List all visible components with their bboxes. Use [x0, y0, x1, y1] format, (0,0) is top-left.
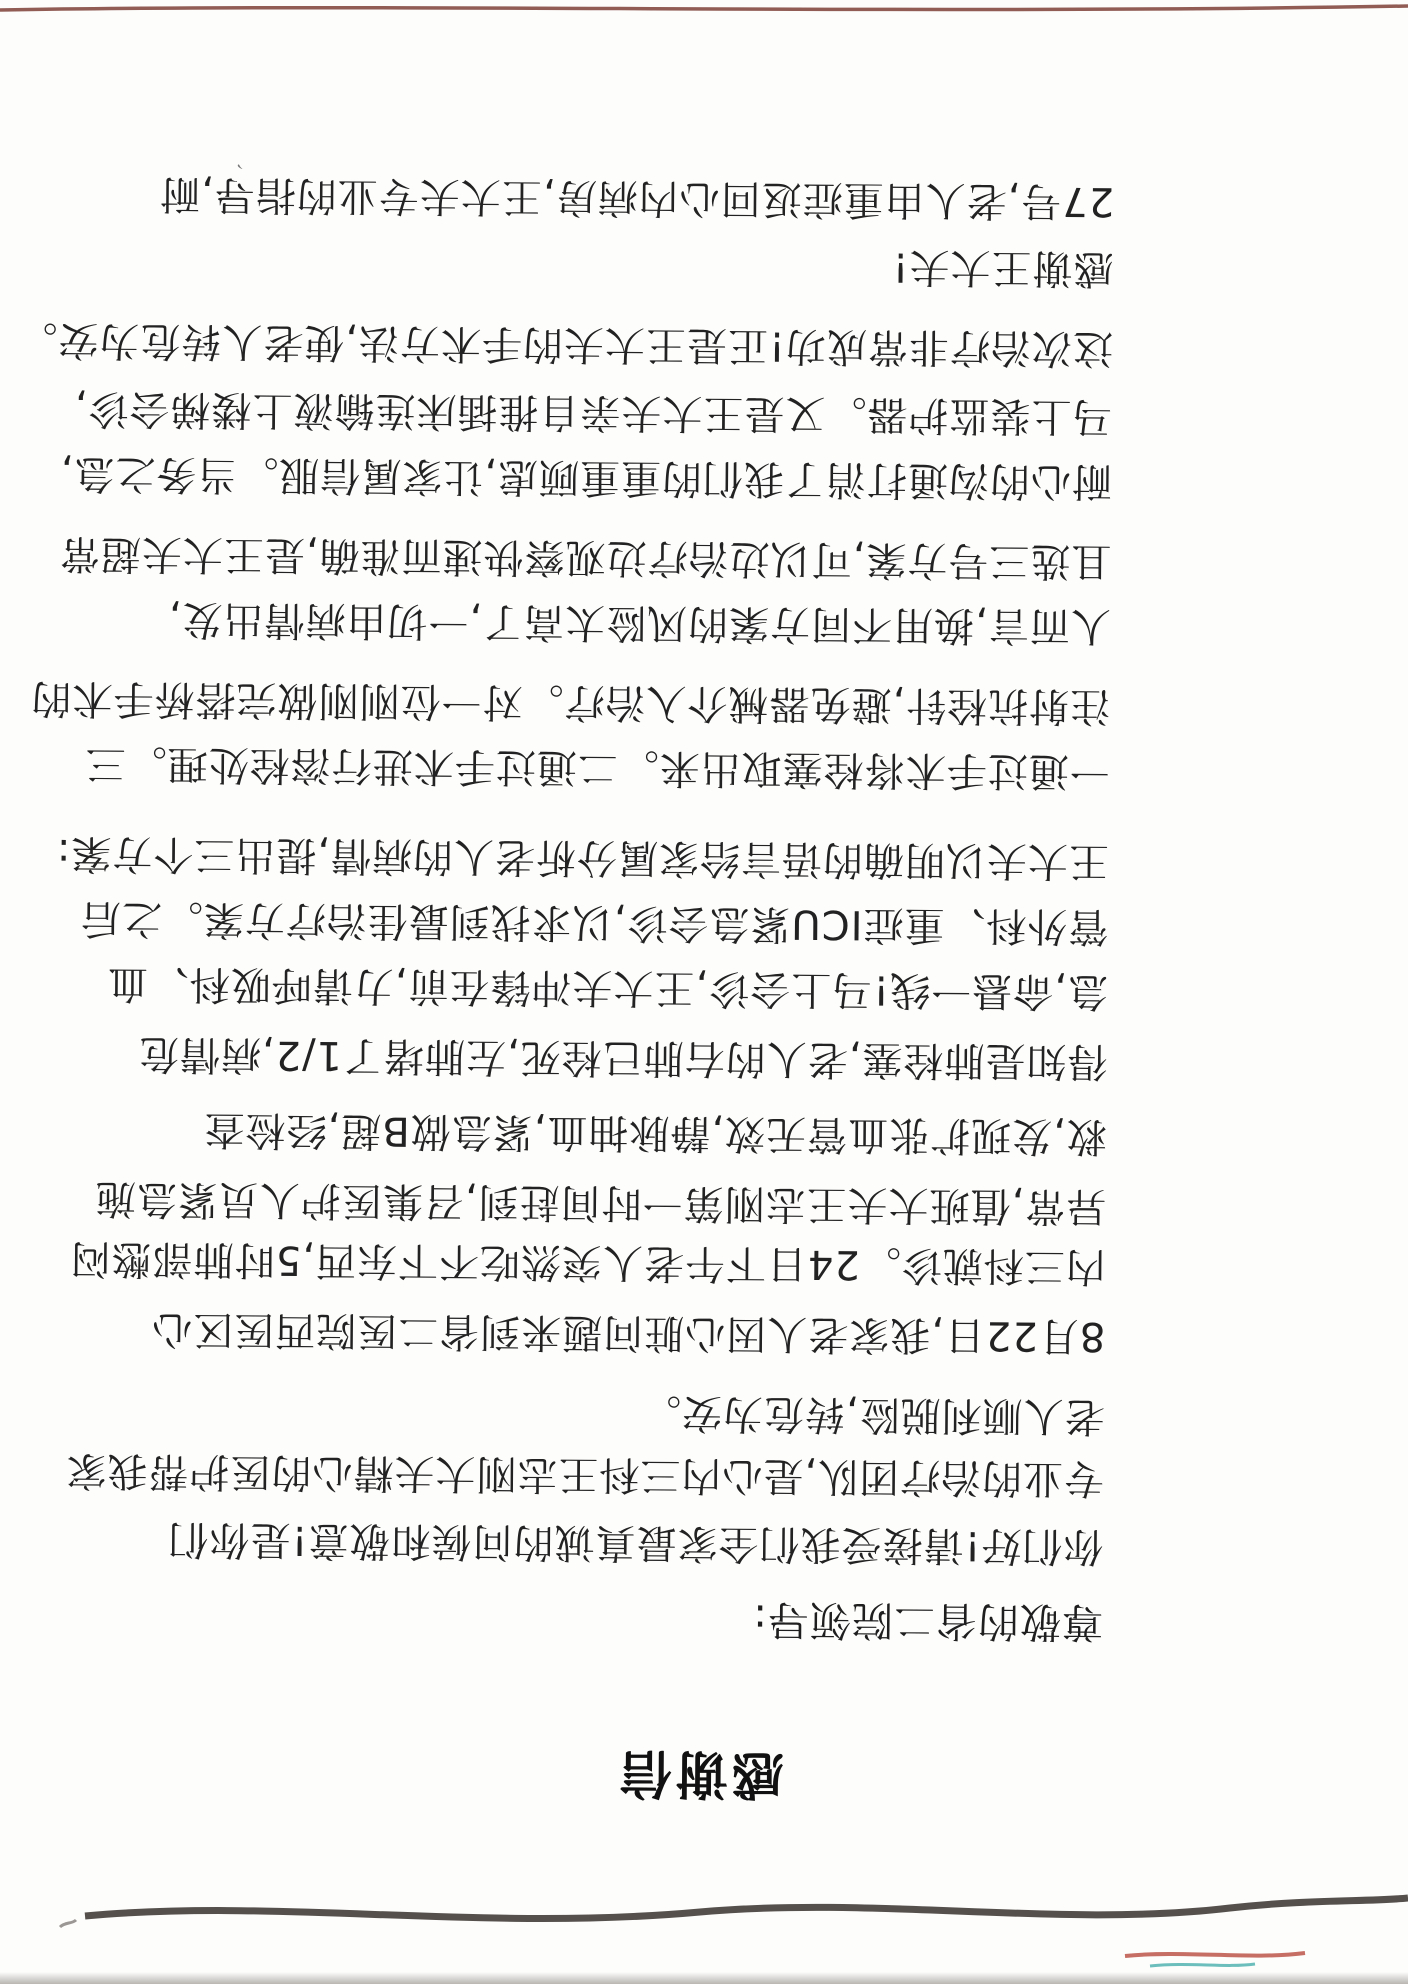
letter-line: 马上装监护器。又是王大夫亲自推插床连输液上楼梯会诊, — [127, 383, 1112, 448]
letter-line: 这次治疗非常成功!正是王大夫的手术方法,使老人转危为安。 — [128, 315, 1113, 380]
letter-sheet-rotated: 感谢信 尊敬的省二院领导: 你们好!请接受我们全家最真诚的问候和敬意!是你们专业… — [0, 0, 1408, 1984]
letter-line: 得知是肺栓塞,老人的右肺已栓死,左肺堵了1/2,病情危 — [122, 1028, 1107, 1093]
letter-line: 急,命悬一线!马上会诊,王大夫冲锋在前,力请呼吸科、血 — [123, 958, 1108, 1023]
letter-line: 一通过手术将栓塞取出来。二通过手术进行溶栓处理。三 — [125, 738, 1110, 803]
scanned-letter-page: 感谢信 尊敬的省二院领导: 你们好!请接受我们全家最真诚的问候和敬意!是你们专业… — [0, 0, 1408, 1984]
letter-line: 内三科就诊。24日下午老人突然吃不下东西,5时肺部憋闷 — [121, 1233, 1106, 1298]
letter-body: 你们好!请接受我们全家最真诚的问候和敬意!是你们专业的治疗团队,是心内三科王志刚… — [0, 1978, 1400, 1984]
letter-line: 老人顺利脱险,转危为安。 — [640, 1388, 1105, 1449]
letter-line: 27号,老人由重症返回心内病房,王大夫专业的指导,耐 — [129, 168, 1114, 233]
letter-salutation: 尊敬的省二院领导: — [752, 1593, 1103, 1655]
letter-line: 耐心的沟通打消了我们的重重顾虑,让家属信服。当务之急, — [127, 448, 1112, 513]
letter-line: 且选三号方案,可以边治疗边观察快速而准确,是王大夫超常 — [126, 528, 1111, 593]
letter-line: 你们好!请接受我们全家最真诚的问候和敬意!是你们 — [118, 1513, 1103, 1578]
letter-line: 管外科、重症ICU紧急会诊,以求找到最佳治疗方案。之后 — [123, 893, 1108, 958]
letter-line: 感谢王大夫! — [891, 241, 1113, 300]
letter-line: 异常,值班大夫王志刚第一时间赶到,召集医护人员紧急施 — [121, 1173, 1106, 1238]
letter-line: 注射抗栓针,避免器械介入治疗。对一位刚刚做完搭桥手术的 — [125, 673, 1110, 738]
letter-line: 王大夫以明确的语言给家属分析老人的病情,提出三个方案: — [124, 828, 1109, 893]
letter-line: 8月22日,我家老人因心脏问题来到省二医院西医区心 — [120, 1303, 1105, 1368]
letter-line: 救,发现扩张血管无效,静脉抽血,紧急做B超,经检查 — [122, 1103, 1107, 1168]
letter-line: 专业的治疗团队,是心内三科王志刚大夫精心的医护帮我家 — [119, 1445, 1104, 1510]
letter-title: 感谢信 — [616, 1740, 785, 1816]
letter-line: 人而言,换用不同方案的风险太高了,一切由病情出发, — [126, 593, 1111, 658]
